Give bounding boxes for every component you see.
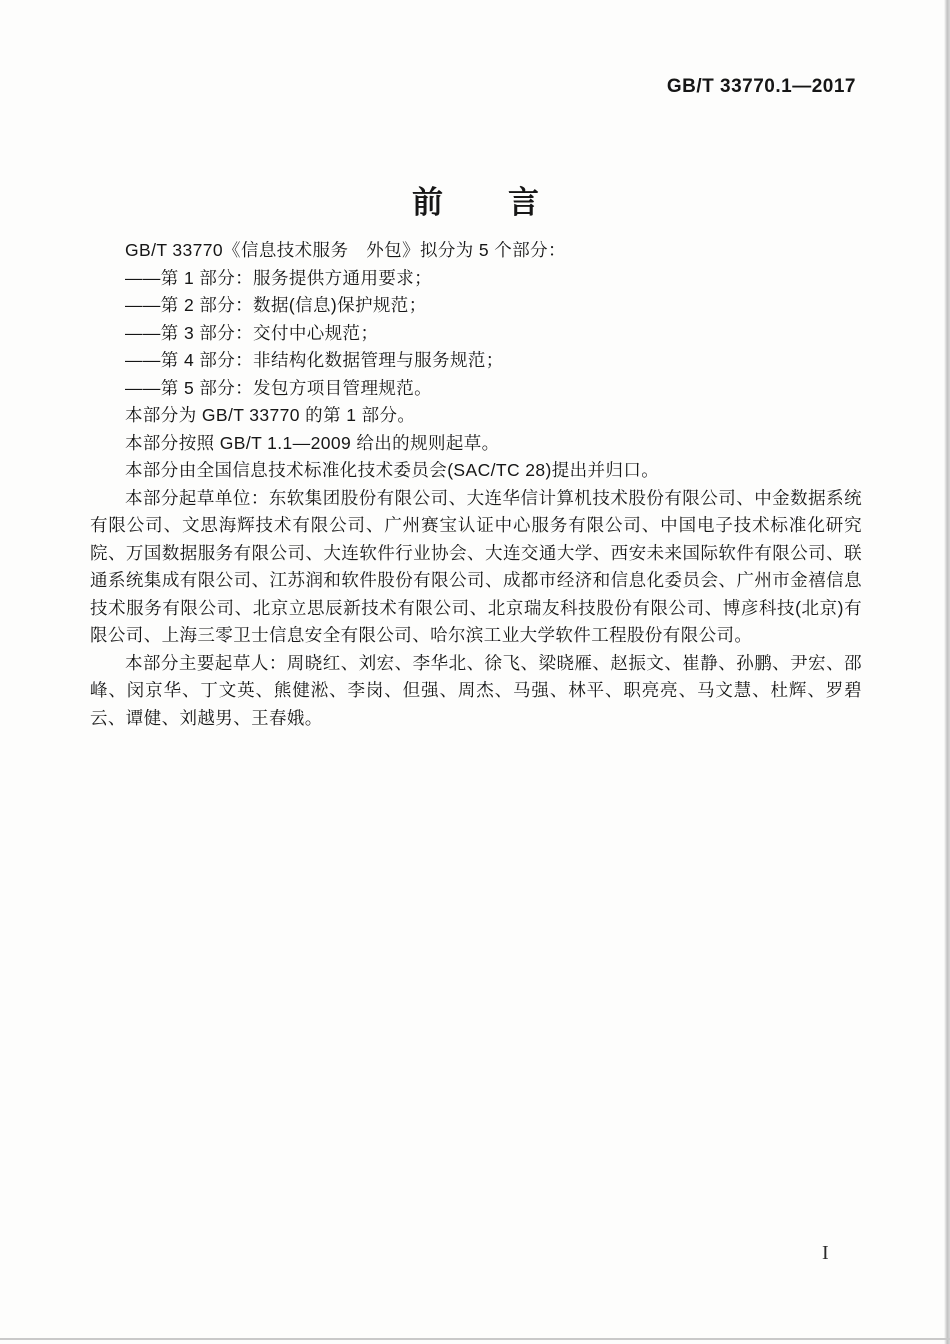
foreword-intro-paragraph: GB/T 33770《信息技术服务 外包》拟分为 5 个部分：	[90, 237, 862, 265]
part-list-item-3: ——第 3 部分：交付中心规范；	[90, 320, 862, 348]
part-list-item-1: ——第 1 部分：服务提供方通用要求；	[90, 265, 862, 293]
foreword-body: GB/T 33770《信息技术服务 外包》拟分为 5 个部分： ——第 1 部分…	[90, 237, 862, 732]
scan-edge-right	[944, 0, 950, 1344]
drafting-organizations-paragraph: 本部分起草单位：东软集团股份有限公司、大连华信计算机技术股份有限公司、中金数据系…	[90, 485, 862, 650]
part-list-item-2: ——第 2 部分：数据(信息)保护规范；	[90, 292, 862, 320]
statement-drafting-rules: 本部分按照 GB/T 1.1—2009 给出的规则起草。	[90, 430, 862, 458]
page-number: I	[822, 1242, 829, 1265]
part-list-item-5: ——第 5 部分：发包方项目管理规范。	[90, 375, 862, 403]
standard-number-header: GB/T 33770.1—2017	[667, 76, 856, 98]
statement-committee: 本部分由全国信息技术标准化技术委员会(SAC/TC 28)提出并归口。	[90, 457, 862, 485]
part-list-item-4: ——第 4 部分：非结构化数据管理与服务规范；	[90, 347, 862, 375]
foreword-title: 前 言	[90, 177, 862, 222]
drafters-paragraph: 本部分主要起草人：周晓红、刘宏、李华北、徐飞、梁晓雁、赵振文、崔静、孙鹏、尹宏、…	[90, 650, 862, 733]
document-page: GB/T 33770.1—2017 前 言 GB/T 33770《信息技术服务 …	[0, 0, 950, 1344]
scan-edge-bottom	[0, 1338, 950, 1340]
statement-this-part: 本部分为 GB/T 33770 的第 1 部分。	[90, 402, 862, 430]
